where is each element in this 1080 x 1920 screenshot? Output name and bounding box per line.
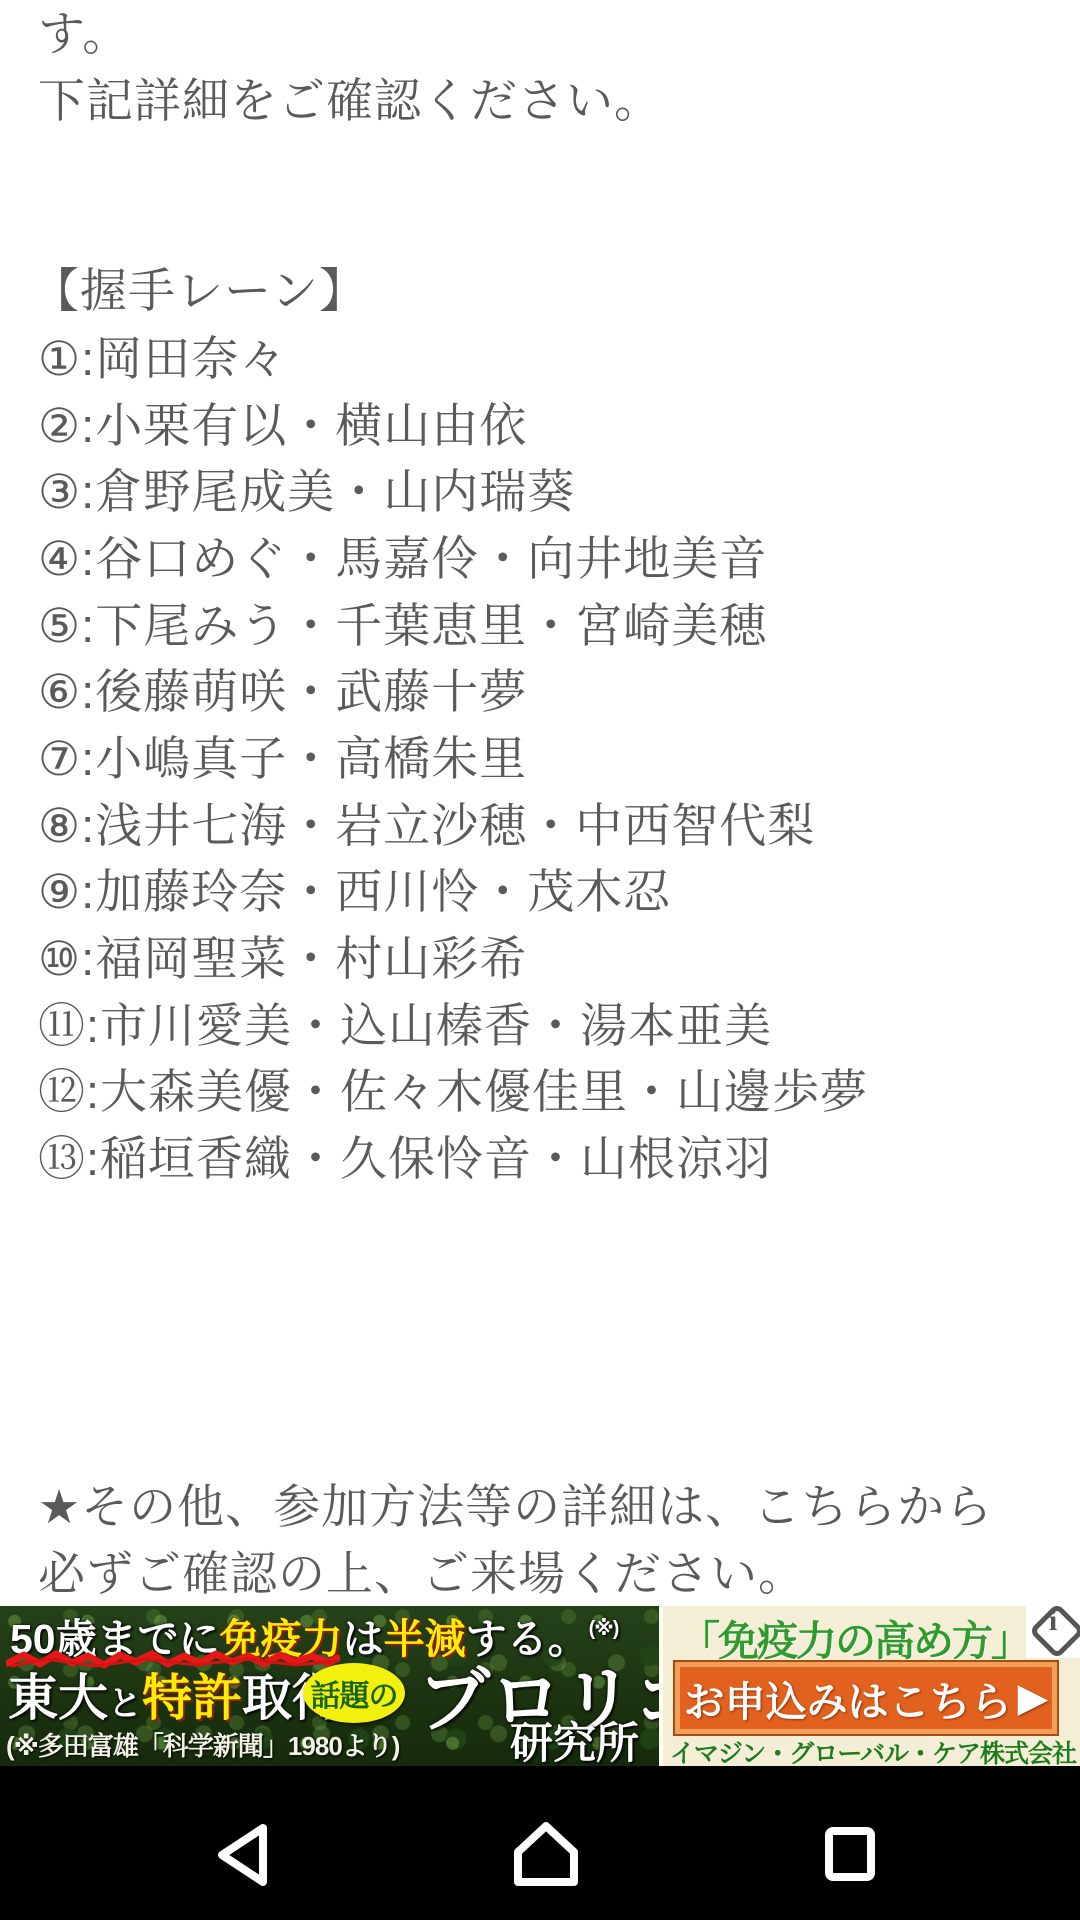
ad-headline-note-mark: (※): [589, 1618, 619, 1640]
intro-line-2: 下記詳細をご確認ください。: [38, 72, 662, 130]
android-nav-bar: [0, 1766, 1080, 1920]
note-line-2: 必ずご確認の上、ご来場ください。: [38, 1545, 806, 1603]
back-button[interactable]: [214, 1823, 270, 1887]
ad-subheadline-part2: と: [108, 1685, 142, 1723]
lane-item: ⑤:下尾みう・千葉恵里・宮崎美穂: [38, 597, 767, 655]
ad-left-panel[interactable]: 50歳までに免疫力は半減する。(※) 東大と特許取得 話題の ブロリコ 研究所 …: [0, 1606, 663, 1766]
note-line-1: ★その他、参加方法等の詳細は、こちらから: [38, 1478, 993, 1536]
apply-cta-button[interactable]: お申込みはこちら▶: [675, 1662, 1057, 1734]
back-icon: [214, 1823, 270, 1887]
lane-item: ③:倉野尾成美・山内瑞葵: [38, 463, 575, 521]
ad-right-title: 「免疫力の高め方」: [679, 1608, 1030, 1667]
ad-headline-mid: は: [343, 1616, 384, 1662]
lane-item: ②:小栗有以・横山由依: [38, 397, 527, 455]
recents-button[interactable]: [824, 1826, 876, 1882]
lane-item: ①:岡田奈々: [38, 330, 287, 388]
home-icon: [513, 1821, 579, 1887]
home-button[interactable]: [513, 1821, 579, 1887]
ad-citation: (※多田富雄「科学新聞」1980より): [6, 1726, 399, 1763]
lane-item: ⑫:大森美優・佐々木優佳里・山邊歩夢: [38, 1063, 868, 1121]
webpage: す。 下記詳細をご確認ください。 【握手レーン】 ①:岡田奈々 ②:小栗有以・横…: [0, 0, 1080, 1920]
ad-subheadline-part1: 東大: [8, 1670, 108, 1726]
ad-subheadline: 東大と特許取得: [8, 1658, 342, 1730]
lane-item: ⑪:市川愛美・込山榛香・湯本亜美: [38, 997, 772, 1055]
ad-banner[interactable]: 50歳までに免疫力は半減する。(※) 東大と特許取得 話題の ブロリコ 研究所 …: [0, 1606, 1080, 1766]
ad-brand-suffix: 研究所: [510, 1710, 639, 1766]
ad-subheadline-keyword: 特許: [142, 1670, 242, 1726]
recents-icon: [824, 1826, 876, 1882]
info-i-glyph: i: [1026, 1604, 1080, 1638]
section-title: 【握手レーン】: [32, 262, 367, 320]
lane-item: ⑥:後藤萌咲・武藤十夢: [38, 663, 527, 721]
lane-item: ⑧:浅井七海・岩立沙穂・中西智代梨: [38, 797, 815, 855]
cta-arrow-icon: ▶: [1018, 1675, 1049, 1721]
cta-label: お申込みはこちら: [684, 1669, 1012, 1728]
intro-line-1: す。: [38, 5, 130, 63]
ad-info-icon[interactable]: i: [1026, 1596, 1080, 1658]
lane-item: ⑩:福岡聖菜・村山彩希: [38, 930, 527, 988]
ad-company-name: イマジン・グローバル・ケア株式会社: [670, 1734, 1076, 1770]
lane-item: ⑨:加藤玲奈・西川怜・茂木忍: [38, 863, 671, 921]
lane-item: ⑦:小嶋真子・高橋朱里: [38, 730, 527, 788]
ad-right-panel[interactable]: 「免疫力の高め方」 お申込みはこちら▶ イマジン・グローバル・ケア株式会社: [663, 1606, 1080, 1766]
lane-item: ⑬:稲垣香織・久保怜音・山根涼羽: [38, 1130, 772, 1188]
lane-item: ④:谷口めぐ・馬嘉伶・向井地美音: [38, 530, 767, 588]
ad-topic-badge: 話題の: [303, 1663, 405, 1723]
